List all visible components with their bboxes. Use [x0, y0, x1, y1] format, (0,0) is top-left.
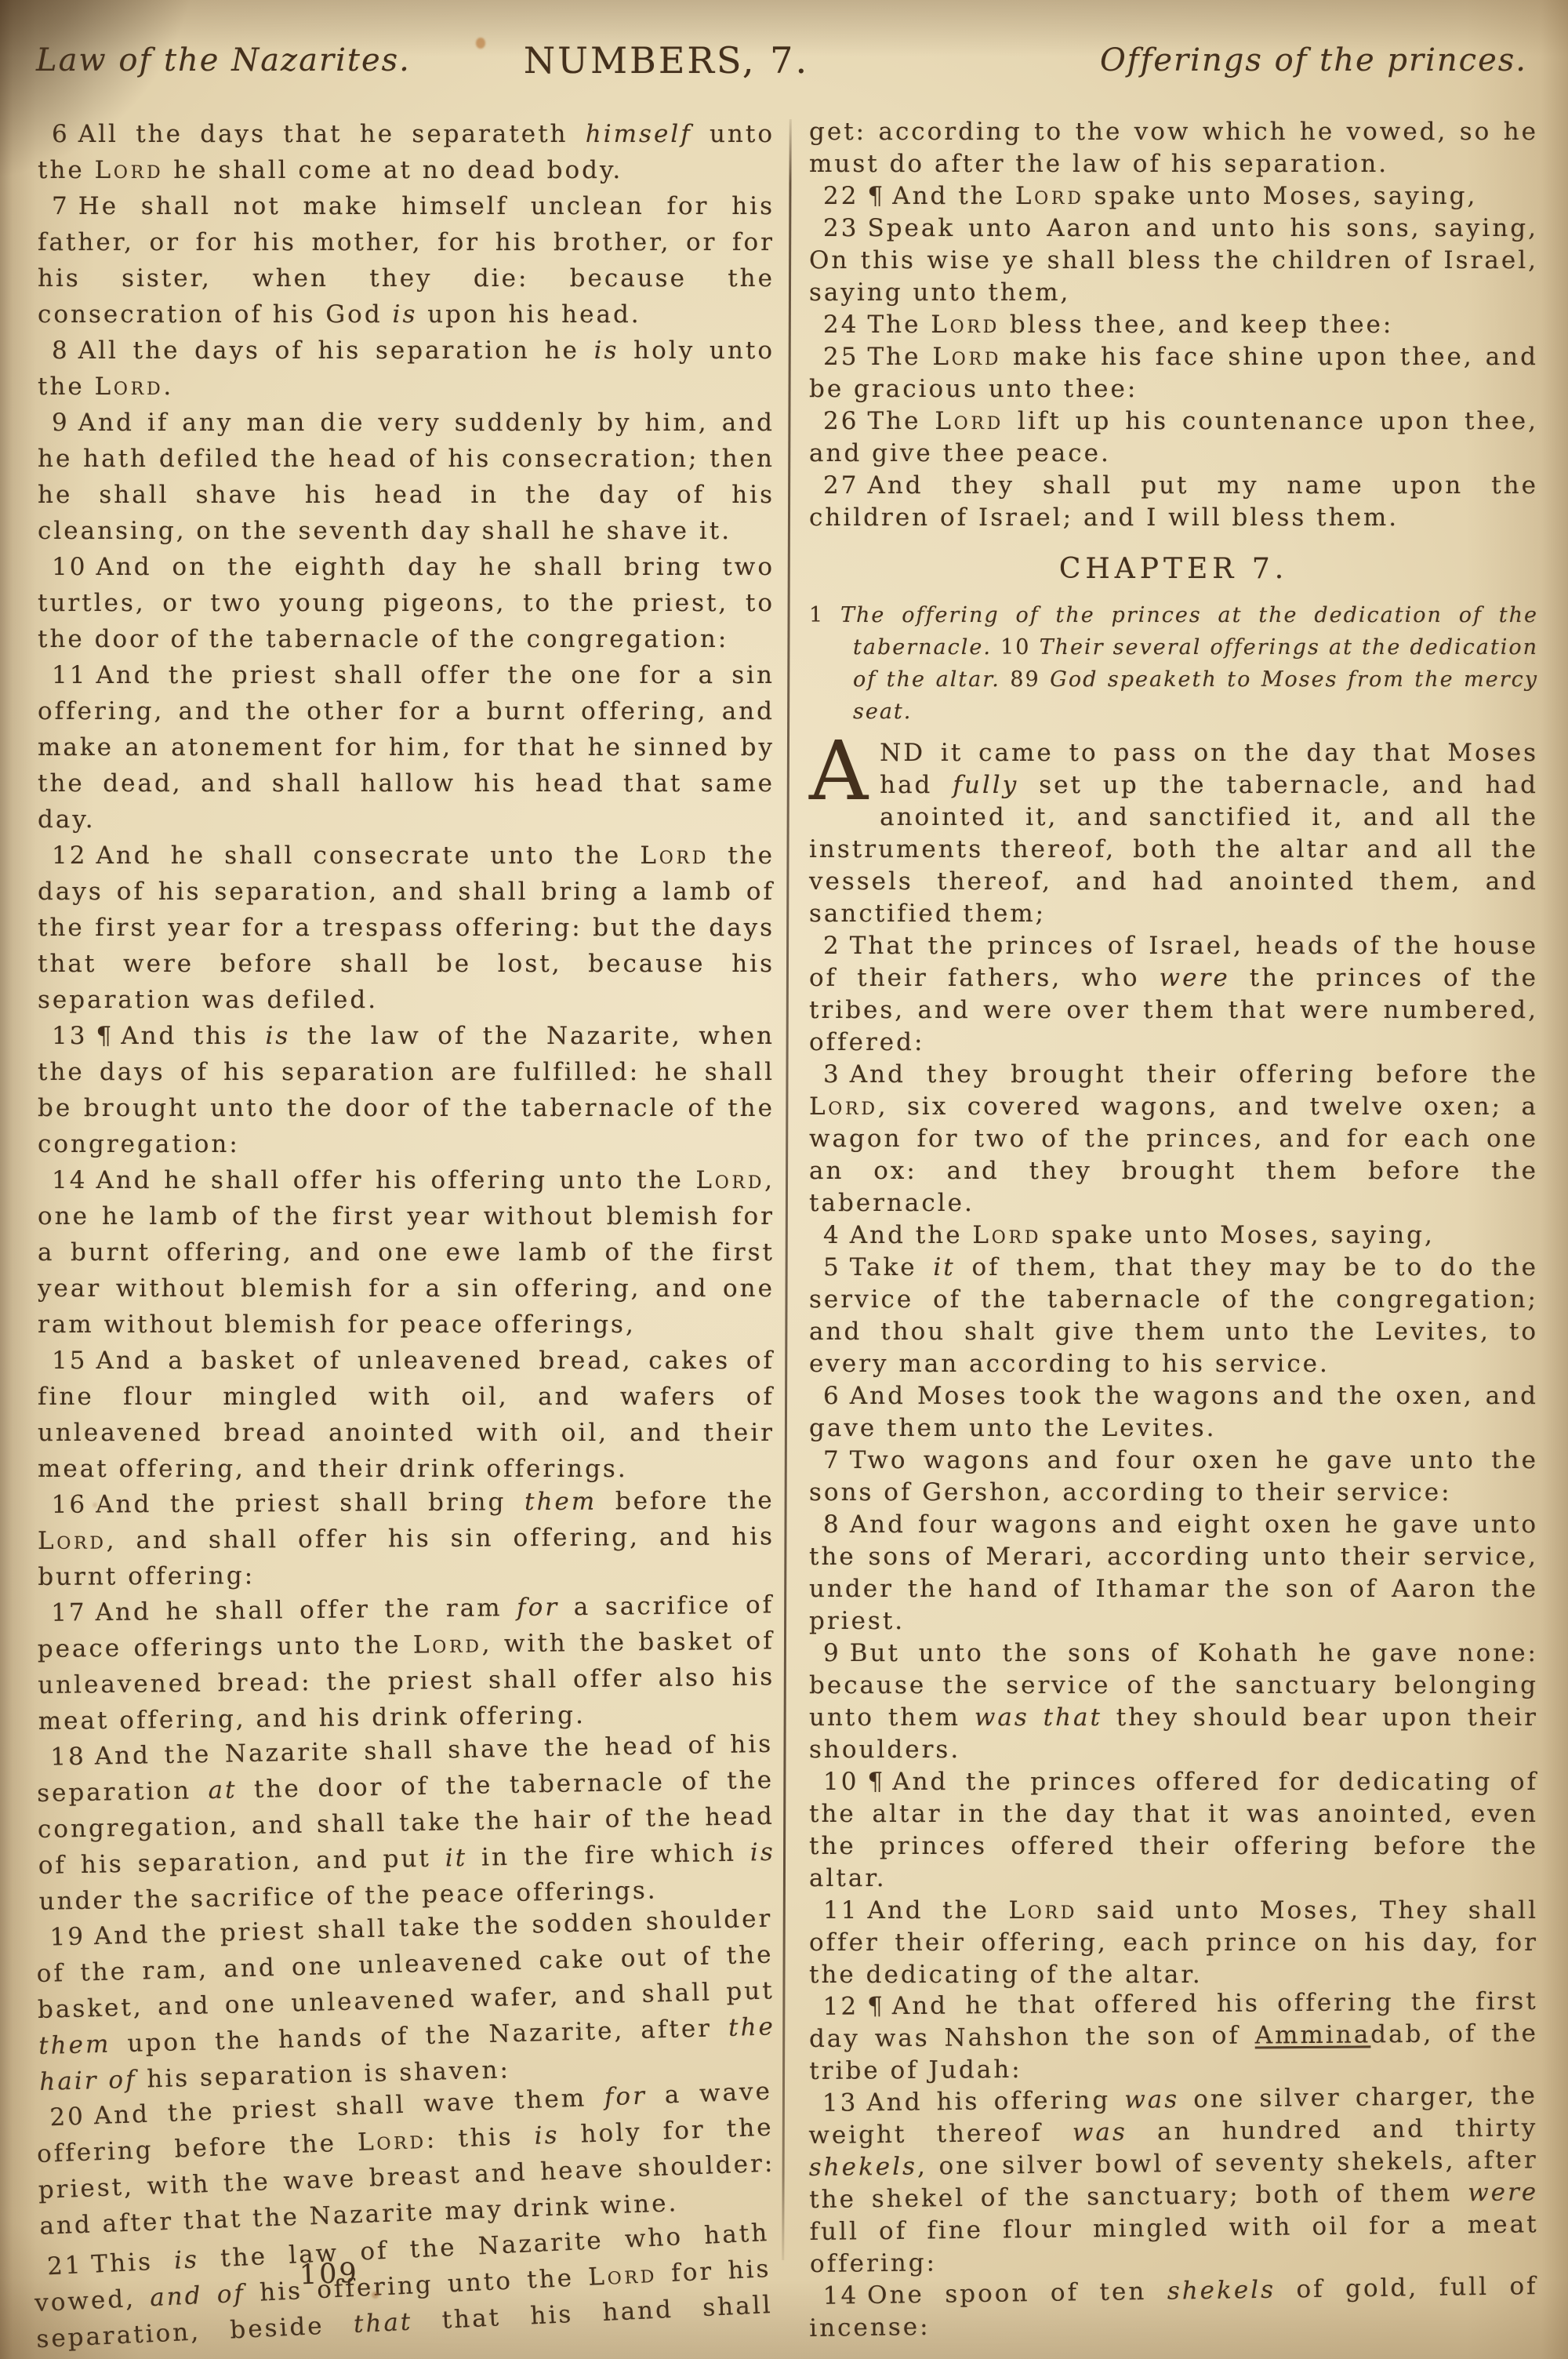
verse-text: And he shall offer the ram for a sacrifi…	[38, 1590, 775, 1736]
verse-text: And they shall put my name upon the chil…	[809, 471, 1538, 532]
running-head-center: NUMBERS, 7.	[517, 39, 815, 82]
bible-page: Law of the Nazarites. NUMBERS, 7. Offeri…	[0, 0, 1568, 2359]
page-number: 109	[299, 2258, 359, 2292]
verse-6: 6All the days that he separateth himself…	[38, 116, 775, 188]
verse-number: 4	[823, 1221, 841, 1249]
verse-text: And he shall consecrate unto the Lord th…	[38, 841, 775, 1014]
verse-26: 26The Lord lift up his countenance upon …	[809, 405, 1538, 470]
verse-23: 23Speak unto Aaron and unto his sons, sa…	[809, 213, 1538, 309]
verse-14: 14And he shall offer his offering unto t…	[38, 1162, 775, 1343]
verse-number: 17	[51, 1598, 87, 1627]
verse-27: 27And they shall put my name upon the ch…	[809, 470, 1538, 534]
verse-text: And this is the law of the Nazarite, whe…	[38, 1022, 775, 1158]
verse-22: 22¶And the Lord spake unto Moses, saying…	[809, 180, 1538, 213]
verse-text: get: according to the vow which he vowed…	[809, 118, 1538, 178]
verse-text: And if any man die very suddenly by him,…	[38, 409, 775, 545]
verse-12: 12¶And he that offered his offering the …	[809, 1986, 1539, 2088]
verse-text: And the priest shall offer the one for a…	[38, 661, 775, 834]
verse-text: And his offering was one silver charger,…	[808, 2081, 1539, 2278]
verse-text: The Lord lift up his countenance upon th…	[809, 407, 1538, 467]
drop-cap: A	[809, 740, 870, 802]
verse-11: 11And the Lord said unto Moses, They sha…	[809, 1895, 1538, 1991]
verse-11: 11And the priest shall offer the one for…	[38, 657, 775, 838]
pilcrow-mark: ¶	[867, 182, 885, 210]
verse-number: 16	[52, 1491, 88, 1519]
verse-number: 9	[823, 1639, 841, 1667]
pilcrow-mark: ¶	[867, 1768, 885, 1796]
verse-10: 10And on the eighth day he shall bring t…	[38, 549, 775, 657]
verse-18: 18And the Nazarite shall shave the head …	[36, 1726, 776, 1920]
verse-number: 27	[823, 471, 858, 500]
pilcrow-mark: ¶	[96, 1022, 114, 1050]
verse-text: And the Lord spake unto Moses, saying,	[892, 182, 1477, 210]
page-body: 6All the days that he separateth himself…	[0, 116, 1568, 2359]
verse-7: 7He shall not make himself unclean for h…	[38, 188, 775, 333]
verse-text: And the priest shall wave them for a wav…	[36, 2077, 775, 2241]
verse-text: And they brought their offering before t…	[809, 1060, 1538, 1217]
verse-text: And he that offered his offering the fir…	[809, 1987, 1538, 2085]
verse-number: 14	[52, 1166, 87, 1194]
verse-1: AND it came to pass on the day that Mose…	[809, 737, 1538, 930]
verse-number: 22	[823, 182, 858, 210]
verse-number: 26	[823, 407, 858, 435]
verse-number: 5	[823, 1253, 841, 1281]
verse-number: 18	[50, 1743, 86, 1772]
verse-5: 5Take it of them, that they may be to do…	[809, 1252, 1538, 1380]
verse-6: 6And Moses took the wagons and the oxen,…	[809, 1380, 1538, 1445]
verse-24: 24The Lord bless thee, and keep thee:	[809, 309, 1538, 341]
verse-8: 8And four wagons and eight oxen he gave …	[809, 1509, 1538, 1637]
verse-number: 2	[823, 932, 841, 960]
verse-13: 13¶And this is the law of the Nazarite, …	[38, 1018, 775, 1162]
verse-number: 11	[823, 1896, 858, 1925]
left-column: 6All the days that he separateth himself…	[38, 116, 775, 2353]
verse-number: 25	[823, 343, 858, 371]
verse-text: Take it of them, that they may be to do …	[809, 1253, 1538, 1378]
verse-19: 19And the priest shall take the sodden s…	[35, 1900, 777, 2100]
verse-number: 7	[52, 192, 70, 220]
verse-3: 3And they brought their offering before …	[809, 1059, 1538, 1219]
verse-text: And the priest shall take the sodden sho…	[36, 1904, 775, 2096]
verse-number: 24	[823, 311, 858, 339]
verse-text: All the days of his separation he is hol…	[38, 336, 775, 401]
verse-text: And on the eighth day he shall bring two…	[38, 553, 775, 653]
verse-10: 10¶And the princes offered for dedicatin…	[809, 1766, 1538, 1895]
verse-text: ND it came to pass on the day that Moses…	[809, 739, 1538, 928]
verse-25: 25The Lord make his face shine upon thee…	[809, 341, 1538, 405]
verse-number: 6	[823, 1382, 841, 1410]
verse-text: Speak unto Aaron and unto his sons, sayi…	[809, 214, 1538, 307]
verse-number: 13	[822, 2088, 858, 2117]
verse-text: All the days that he separateth himself …	[38, 120, 775, 184]
verse-14: 14One spoon of ten shekels of gold, full…	[808, 2270, 1538, 2345]
verse-text: And the Lord said unto Moses, They shall…	[809, 1896, 1538, 1989]
verse-number: 12	[52, 841, 87, 870]
verse-number: 11	[52, 661, 87, 689]
verse-number: 19	[49, 1922, 85, 1951]
chapter-summary: 1 The offering of the princes at the ded…	[809, 599, 1538, 728]
verse-number: 7	[823, 1446, 841, 1474]
verse-text: And the priest shall bring them before t…	[38, 1486, 775, 1591]
verse-9: 9But unto the sons of Kohath he gave non…	[809, 1637, 1538, 1766]
chapter-heading: CHAPTER 7.	[809, 553, 1538, 585]
verse-17: 17And he shall offer the ram for a sacri…	[37, 1587, 775, 1739]
verse-text: But unto the sons of Kohath he gave none…	[809, 1639, 1538, 1764]
verse-number: 23	[823, 214, 858, 242]
verse-number: 15	[52, 1347, 87, 1375]
verse-number: 20	[49, 2103, 86, 2132]
verse-text: And the Nazarite shall shave the head of…	[37, 1730, 775, 1916]
verse-text: The Lord make his face shine upon thee, …	[809, 343, 1538, 403]
running-head-right: Offerings of the princes.	[1100, 42, 1527, 78]
verse-4: 4And the Lord spake unto Moses, saying,	[809, 1219, 1538, 1252]
pilcrow-mark: ¶	[867, 1992, 885, 2020]
verse-12: 12And he shall consecrate unto the Lord …	[38, 838, 775, 1018]
verse-15: 15And a basket of unleavened bread, cake…	[38, 1343, 775, 1487]
verse-text: And a basket of unleavened bread, cakes …	[38, 1347, 775, 1483]
verse-text: Two wagons and four oxen he gave unto th…	[809, 1446, 1538, 1507]
column-divider	[782, 119, 792, 2260]
verse-number: 6	[52, 120, 70, 148]
verse-text: And four wagons and eight oxen he gave u…	[809, 1510, 1538, 1635]
verse-16: 16And the priest shall bring them before…	[38, 1482, 775, 1595]
verse-text: One spoon of ten shekels of gold, full o…	[809, 2272, 1538, 2343]
verse-text: And the Lord spake unto Moses, saying,	[850, 1221, 1435, 1249]
running-header: Law of the Nazarites. NUMBERS, 7. Offeri…	[0, 36, 1568, 91]
running-head-left: Law of the Nazarites.	[36, 42, 411, 78]
verse-text: He shall not make himself unclean for hi…	[38, 192, 775, 329]
verse-13: 13And his offering was one silver charge…	[808, 2080, 1540, 2281]
verse-9: 9And if any man die very suddenly by him…	[38, 405, 775, 549]
verse-text: And the princes offered for dedicating o…	[809, 1768, 1538, 1892]
verse-text: And Moses took the wagons and the oxen, …	[809, 1382, 1538, 1442]
verse-number: 21	[46, 2251, 83, 2281]
verse-2: 2That the princes of Israel, heads of th…	[809, 930, 1538, 1059]
verse-text: The Lord bless thee, and keep thee:	[867, 311, 1393, 339]
right-column: get: according to the vow which he vowed…	[809, 116, 1538, 2345]
verse-number: 9	[52, 409, 70, 437]
verse-number: 13	[52, 1022, 87, 1050]
verse-number: 8	[52, 336, 70, 365]
verse-number: 8	[823, 1510, 841, 1539]
verse-text: That the princes of Israel, heads of the…	[809, 932, 1538, 1056]
verse-7: 7Two wagons and four oxen he gave unto t…	[809, 1445, 1538, 1509]
verse-number: 14	[822, 2281, 858, 2310]
verse-number: 10	[52, 553, 87, 581]
verse-continuation: get: according to the vow which he vowed…	[809, 116, 1538, 180]
verse-text: And he shall offer his offering unto the…	[38, 1166, 775, 1339]
verse-number: 12	[823, 1993, 859, 2021]
verse-number: 10	[823, 1768, 858, 1796]
verse-8: 8All the days of his separation he is ho…	[38, 333, 775, 405]
verse-number: 3	[823, 1060, 841, 1089]
